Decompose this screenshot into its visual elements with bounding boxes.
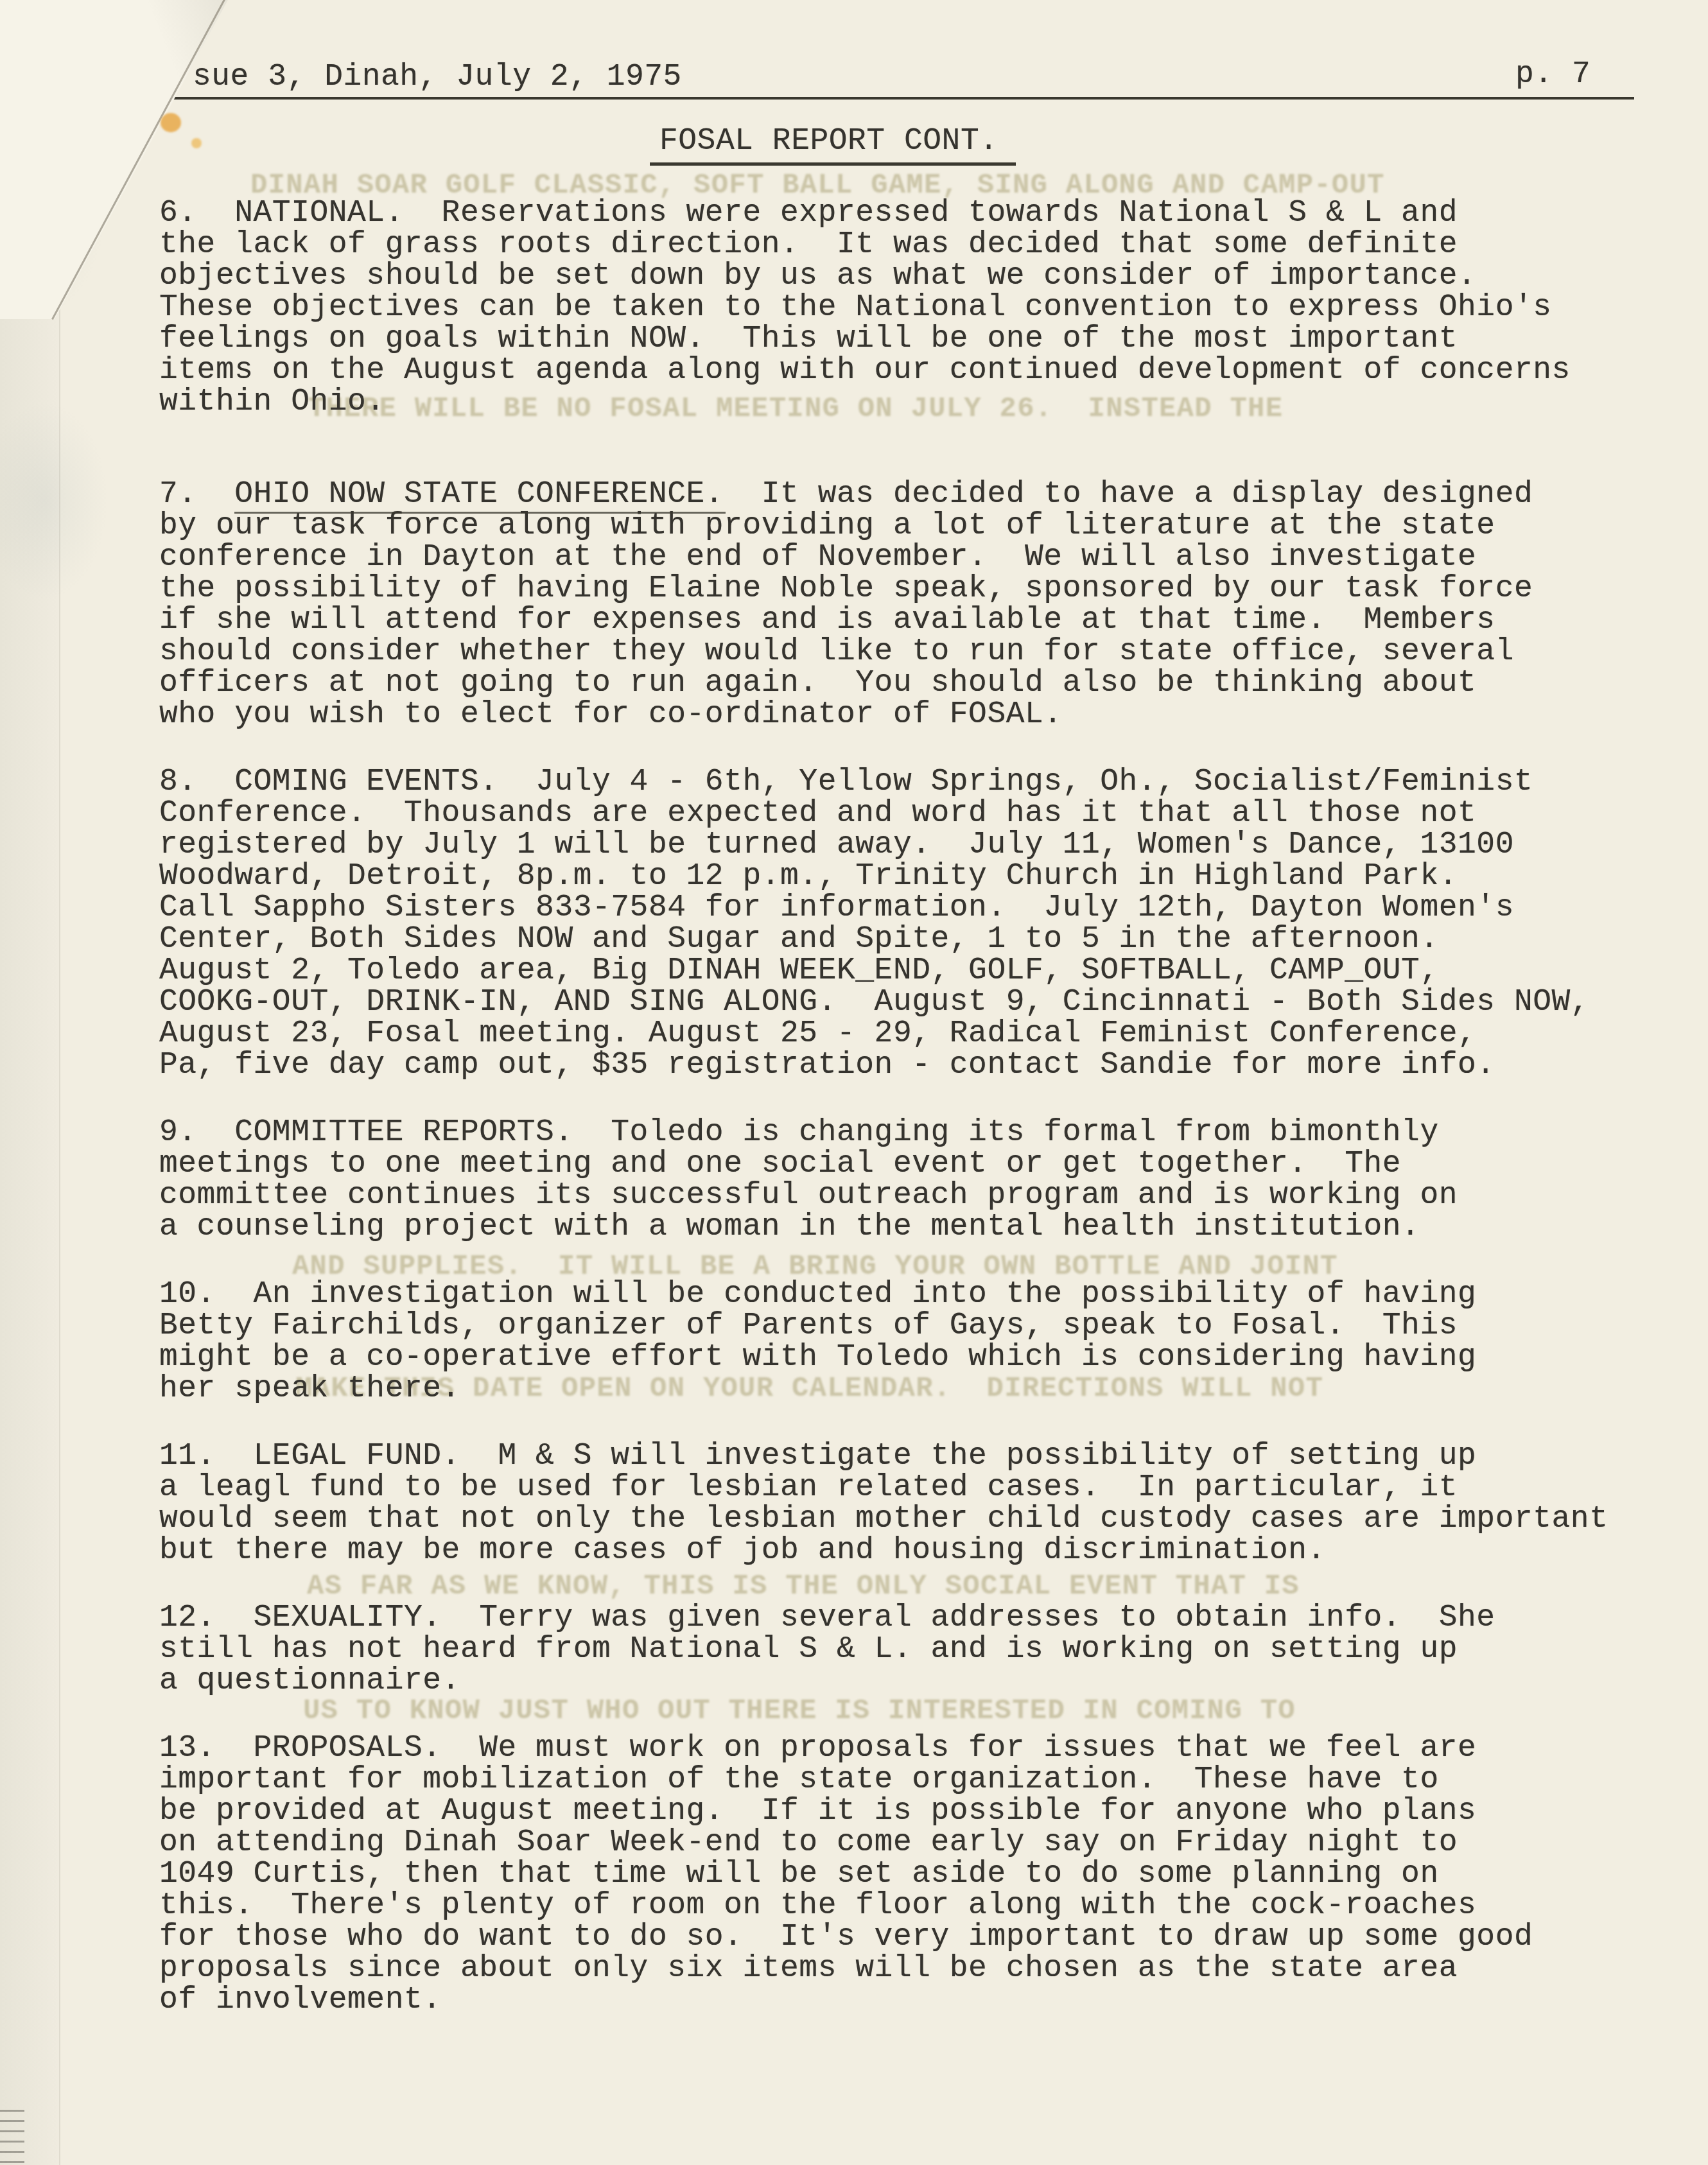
section-7-heading-underline: [234, 512, 726, 514]
header-rule: [157, 97, 1634, 100]
paragraph: 6. NATIONAL. Reservations were expressed…: [159, 198, 1687, 418]
paragraph: 13. PROPOSALS. We must work on proposals…: [159, 1733, 1687, 2016]
header-issue-date: sue 3, Dinah, July 2, 1975: [193, 62, 682, 93]
paragraph: 8. COMING EVENTS. July 4 - 6th, Yellow S…: [159, 767, 1687, 1081]
title-underline: [650, 162, 1016, 166]
paragraph: 7. OHIO NOW STATE CONFERENCE. It was dec…: [159, 479, 1687, 731]
paragraph: 11. LEGAL FUND. M & S will investigate t…: [159, 1441, 1687, 1567]
page-title: FOSAL REPORT CONT.: [659, 126, 998, 157]
paragraph: 12. SEXUALITY. Terry was given several a…: [159, 1603, 1687, 1697]
paragraph: 9. COMMITTEE REPORTS. Toledo is changing…: [159, 1117, 1687, 1243]
paragraph: 10. An investigation will be conducted i…: [159, 1279, 1687, 1405]
stain-spot-small: [191, 138, 202, 148]
stain-spot-large: [161, 113, 181, 132]
report-body: 6. NATIONAL. Reservations were expressed…: [159, 198, 1687, 2052]
header-page-number: p. 7: [1515, 59, 1590, 91]
scan-edge-artifact: [0, 2110, 24, 2165]
scanned-newsletter-page: DINAH SOAR GOLF CLASSIC, SOFT BALL GAME,…: [0, 0, 1708, 2165]
page-edge-line: [59, 0, 60, 2165]
